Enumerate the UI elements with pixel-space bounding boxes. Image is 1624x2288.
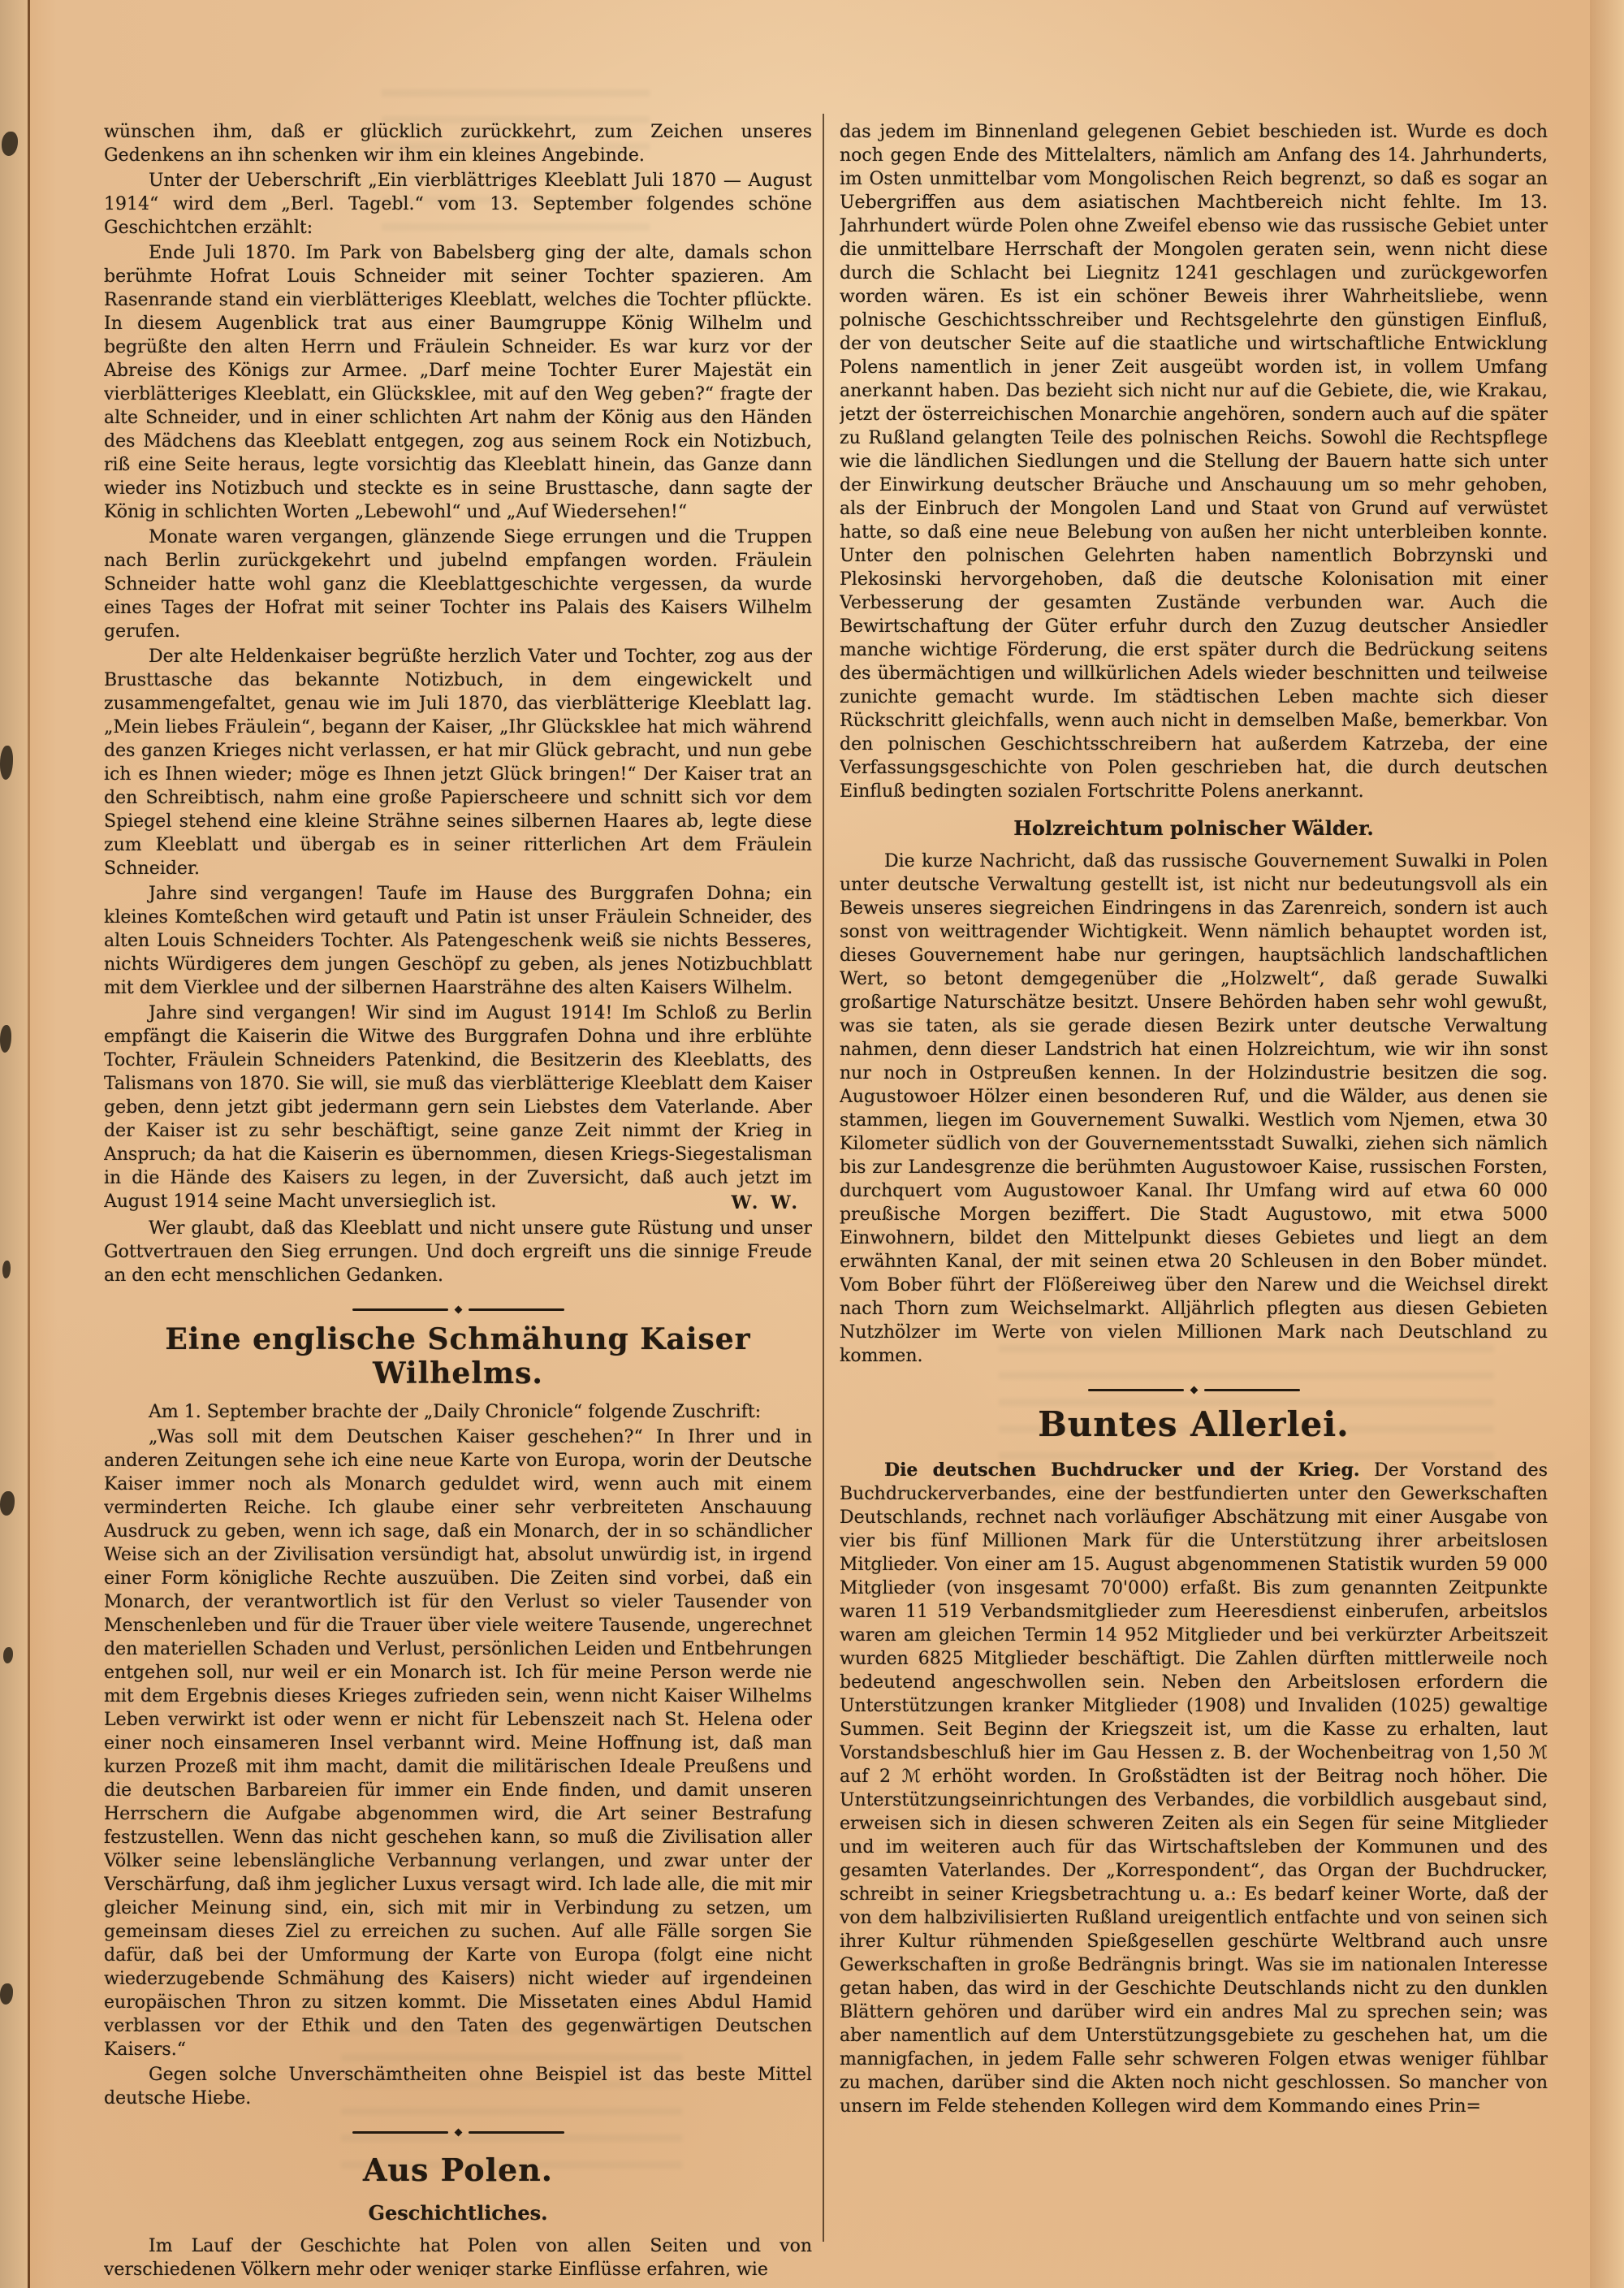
section-divider	[840, 1387, 1548, 1393]
article-paragraph: Unter der Ueberschrift „Ein vierblättrig…	[104, 169, 812, 240]
paper-right-edge	[1590, 0, 1624, 2288]
article-paragraph: Monate waren vergangen, glänzende Siege …	[104, 526, 812, 643]
divider-bar	[1088, 1389, 1184, 1391]
divider-ornament-icon	[454, 1306, 462, 1314]
divider-bar	[469, 2131, 564, 2134]
article-paragraph: Im Lauf der Geschichte hat Polen von all…	[104, 2234, 812, 2277]
article-subheading-geschichtliches: Geschichtliches.	[104, 2201, 812, 2225]
article-headline-aus-polen: Aus Polen.	[104, 2152, 812, 2188]
divider-bar	[352, 2131, 448, 2134]
left-column: wünschen ihm, daß er glücklich zurückkeh…	[104, 120, 812, 2277]
article-paragraph: das jedem im Binnenland gelegenen Gebiet…	[840, 120, 1548, 803]
section-divider	[104, 1307, 812, 1313]
paper-binding-edge	[0, 0, 28, 2288]
divider-ornament-icon	[1190, 1386, 1198, 1395]
paragraph-lead-in: Die deutschen Buchdrucker und der Krieg.	[884, 1460, 1360, 1481]
article-subheading-holzreichtum: Holzreichtum polnischer Wälder.	[840, 816, 1548, 840]
article-paragraph: Die kurze Nachricht, daß das russische G…	[840, 850, 1548, 1368]
paper-crease-line	[28, 0, 30, 2288]
section-divider	[104, 2130, 812, 2135]
article-paragraph: Gegen solche Unverschämtheiten ohne Beis…	[104, 2063, 812, 2110]
article-headline-schmaehung: Eine englische Schmähung Kaiser Wilhelms…	[104, 1322, 812, 1391]
article-paragraph: Am 1. September brachte der „Daily Chron…	[104, 1400, 812, 1424]
article-paragraph: Die deutschen Buchdrucker und der Krieg.…	[840, 1459, 1548, 2118]
article-paragraph: Jahre sind vergangen! Wir sind im August…	[104, 1001, 812, 1213]
divider-bar	[1204, 1389, 1300, 1391]
article-paragraph: „Was soll mit dem Deutschen Kaiser gesch…	[104, 1425, 812, 2061]
right-column: das jedem im Binnenland gelegenen Gebiet…	[840, 120, 1548, 2277]
newspaper-page: wünschen ihm, daß er glücklich zurückkeh…	[0, 0, 1624, 2288]
article-paragraph: Der alte Heldenkaiser begrüßte herzlich …	[104, 645, 812, 880]
article-paragraph: wünschen ihm, daß er glücklich zurückkeh…	[104, 120, 812, 167]
article-paragraph: Ende Juli 1870. Im Park von Babelsberg g…	[104, 241, 812, 524]
article-paragraph: Jahre sind vergangen! Taufe im Hause des…	[104, 882, 812, 1000]
column-divider-rule	[823, 114, 824, 2242]
divider-bar	[469, 1308, 564, 1311]
article-headline-buntes-allerlei: Buntes Allerlei.	[840, 1404, 1548, 1444]
divider-ornament-icon	[454, 2129, 462, 2137]
article-paragraph: Wer glaubt, daß das Kleeblatt und nicht …	[104, 1217, 812, 1287]
paragraph-text: Der Vorstand des Buchdruckerverbandes, e…	[840, 1460, 1548, 2117]
divider-bar	[352, 1308, 448, 1311]
